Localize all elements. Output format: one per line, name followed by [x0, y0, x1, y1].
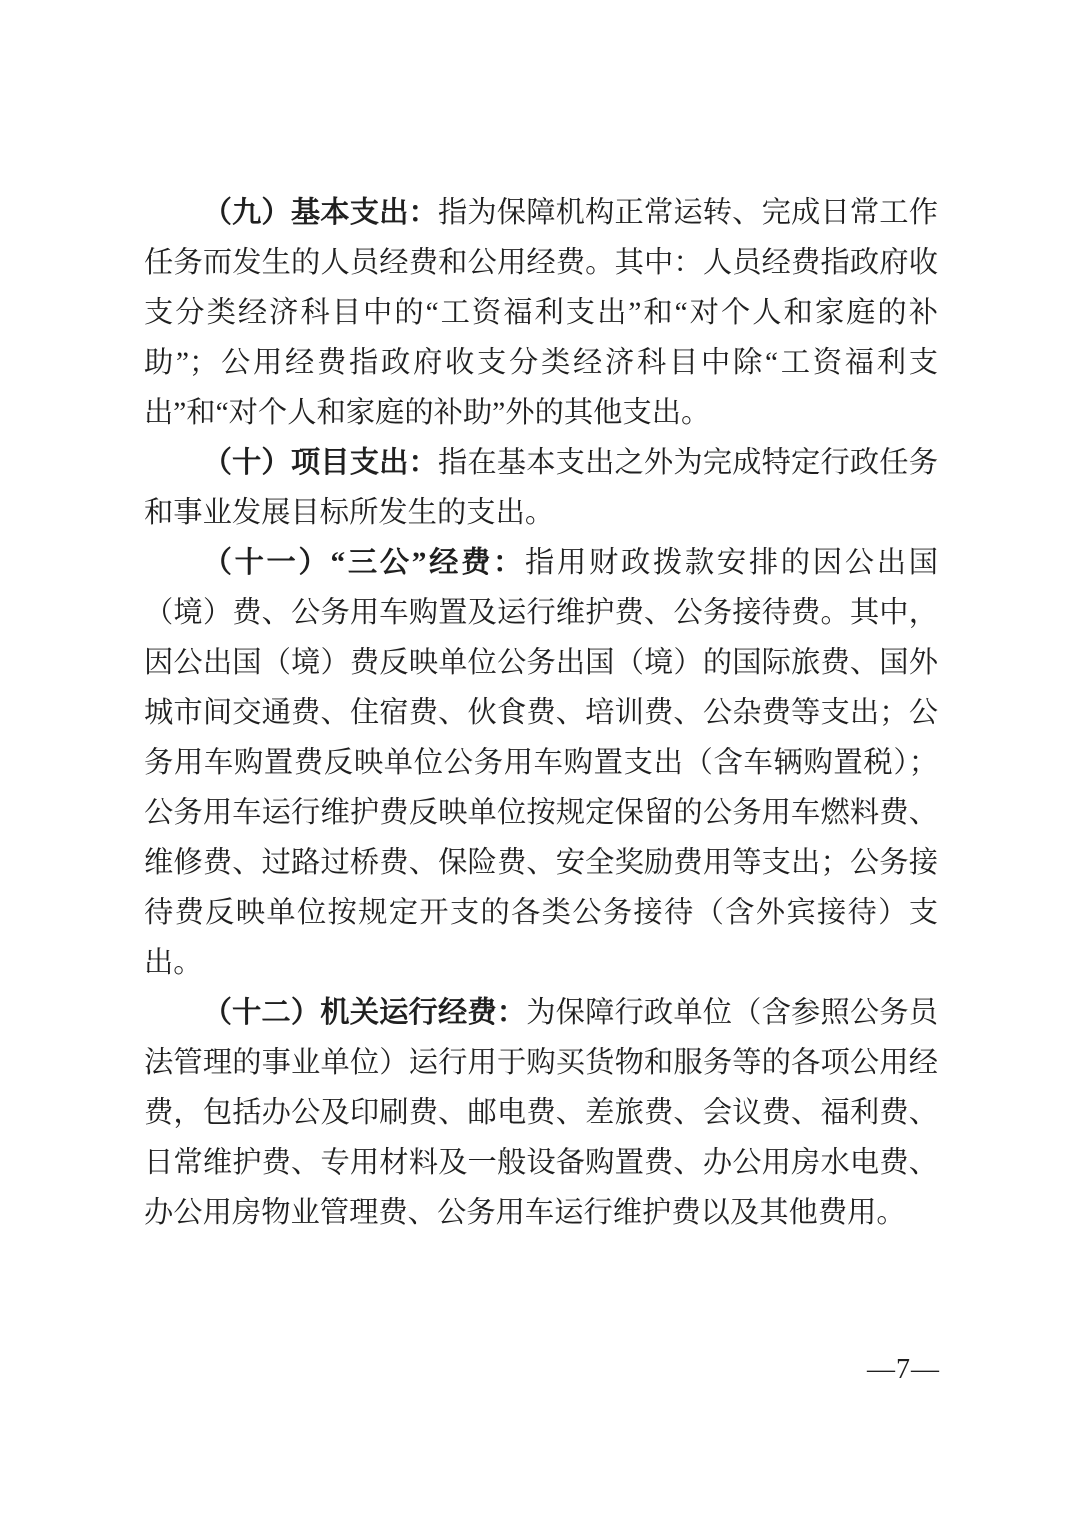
paragraph-heading: （十二）机关运行经费：	[203, 997, 527, 1029]
paragraph-body: 指为保障机构正常运转、完成日常工作任务而发生的人员经费和公用经费。其中：人员经费…	[144, 197, 938, 429]
paragraph-heading: （十一）“三公”经费：	[203, 547, 525, 579]
paragraph-heading: （十）项目支出：	[203, 447, 438, 479]
paragraph-body: 为保障行政单位（含参照公务员法管理的事业单位）运行用于购买货物和服务等的各项公用…	[144, 997, 938, 1229]
paragraph-heading: （九）基本支出：	[203, 197, 438, 229]
paragraph-agency-operating-funds: （十二）机关运行经费：为保障行政单位（含参照公务员法管理的事业单位）运行用于购买…	[144, 988, 938, 1238]
paragraph-basic-expenditure: （九）基本支出：指为保障机构正常运转、完成日常工作任务而发生的人员经费和公用经费…	[144, 188, 938, 438]
paragraph-project-expenditure: （十）项目支出：指在基本支出之外为完成特定行政任务和事业发展目标所发生的支出。	[144, 438, 938, 538]
document-page: （九）基本支出：指为保障机构正常运转、完成日常工作任务而发生的人员经费和公用经费…	[0, 0, 1074, 1520]
paragraph-body: 指用财政拨款安排的因公出国（境）费、公务用车购置及运行维护费、公务接待费。其中，…	[144, 547, 938, 979]
paragraph-three-public-funds: （十一）“三公”经费：指用财政拨款安排的因公出国（境）费、公务用车购置及运行维护…	[144, 538, 938, 988]
document-content: （九）基本支出：指为保障机构正常运转、完成日常工作任务而发生的人员经费和公用经费…	[144, 188, 938, 1238]
page-number: —7—	[867, 1354, 940, 1386]
